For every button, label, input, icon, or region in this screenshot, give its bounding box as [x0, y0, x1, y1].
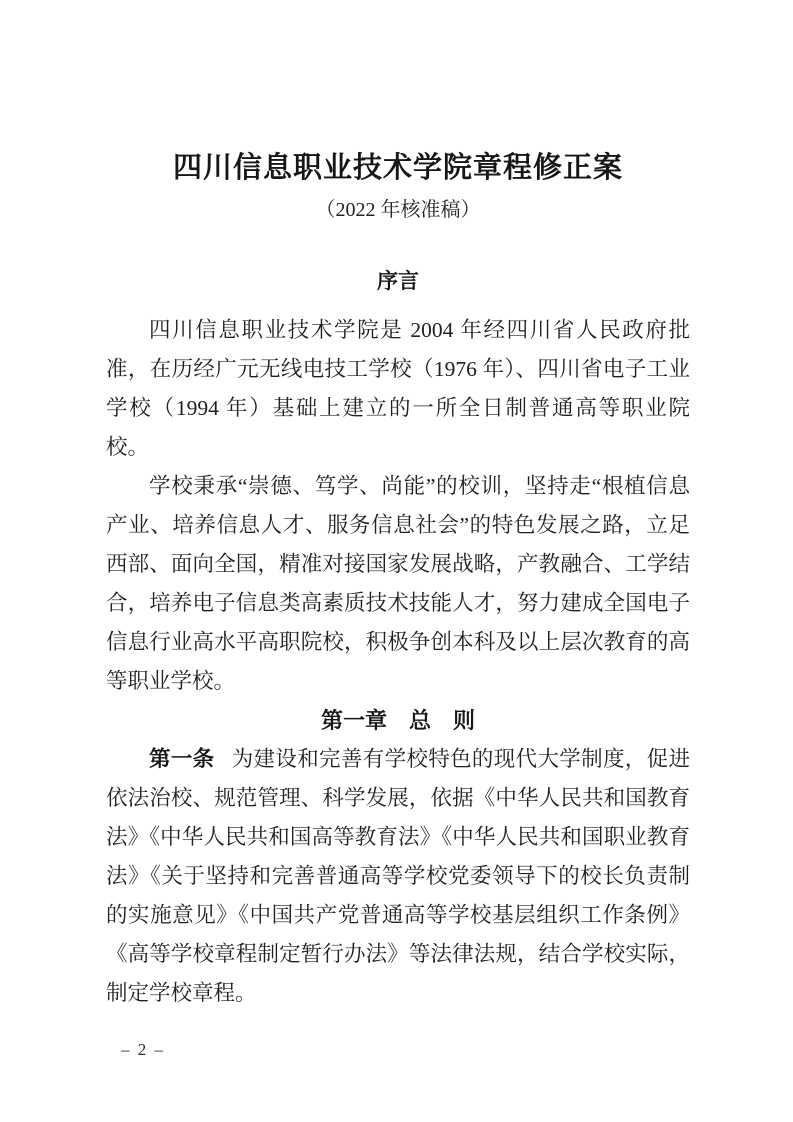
page-number: – 2 –: [121, 1040, 165, 1060]
chapter-1-heading: 第一章 总 则: [106, 701, 690, 740]
document-page: 四川信息职业技术学院章程修正案 （2022 年核准稿） 序言 四川信息职业技术学…: [0, 0, 793, 1122]
document-title: 四川信息职业技术学院章程修正案: [106, 0, 690, 186]
preface-heading: 序言: [106, 268, 690, 296]
article-1-paragraph: 第一条为建设和完善有学校特色的现代大学制度，促进依法治校、规范管理、科学发展，依…: [106, 740, 690, 1013]
document-subtitle: （2022 年核准稿）: [106, 196, 690, 224]
preface-paragraph-1: 四川信息职业技术学院是 2004 年经四川省人民政府批准，在历经广元无线电技工学…: [106, 311, 690, 467]
article-1-text: 为建设和完善有学校特色的现代大学制度，促进依法治校、规范管理、科学发展，依据《中…: [106, 747, 690, 1005]
article-1-label: 第一条: [149, 747, 215, 771]
preface-paragraph-2: 学校秉承“崇德、笃学、尚能”的校训，坚持走“根植信息产业、培养信息人才、服务信息…: [106, 467, 690, 701]
